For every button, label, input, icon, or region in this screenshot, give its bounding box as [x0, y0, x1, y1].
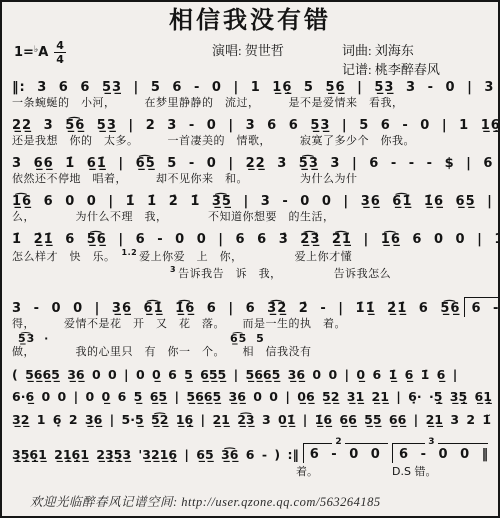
sheet-music-page: { "page": { "title": "相信我没有错", "footer":…: [0, 0, 500, 518]
music-system-3: 3 6̲6̲ 1̇ 6̲1̲̇ | 6̲͡5̲ 5 - 0 | 2̲2̲ 3 5…: [12, 156, 488, 187]
ending-lyrics-row: 着。 D.S 错。: [12, 463, 488, 479]
singer-name: 贺世哲: [245, 43, 284, 58]
lyrics-line: 一条蜿蜒的 小河， 在梦里静静的 流过， 是不是爱情来 看我，: [12, 96, 488, 111]
key-label: 1=: [14, 45, 34, 60]
singer-credit: 演唱: 贺世哲: [212, 40, 284, 59]
notator-label: 记谱:: [342, 62, 372, 77]
notator-name: 桃李醉春风: [375, 62, 440, 77]
ending-lyric: 着。: [296, 463, 392, 479]
alternate-notes: 6̲͡5 5: [230, 332, 265, 345]
music-system-10: 3̣̲5̣̲6̣̲1̲ 2̲1̣̲6̣̲1̲ 2̲3̣̲5̣̲3̲ '3̲2̲1…: [12, 435, 488, 479]
time-numerator: 4: [54, 40, 66, 53]
notation-line: 3 6̲6̲ 1̇ 6̲1̲̇ | 6̲͡5̲ 5 - 0 | 2̲2̲ 3 5…: [12, 156, 488, 172]
verse-marker-1-2: 1.2: [122, 248, 138, 257]
lyricist-label: 词曲:: [342, 43, 372, 58]
time-signature: 44: [54, 40, 66, 65]
key-signature: 1=♭A44: [14, 40, 66, 65]
music-system-6: 3 - 0 0 | 3̲6̲ 6̲͡1̲̇ 1̲̇͡6̲ 6 | 6 3̲̇͡2…: [12, 289, 488, 360]
verse-marker-3: 3: [170, 265, 176, 274]
lyric-text: 告诉我告 诉 我， 告诉我怎么: [178, 267, 391, 280]
ending-notes: 6 - 0 0: [310, 447, 381, 462]
lyric-text: 爱上你爱 上 你， 爱上你才懂: [139, 250, 352, 263]
ending-notes: 6 - 0 0 |: [471, 301, 500, 316]
lyrics-line-verse-3: 3告诉我告 诉 我， 告诉我怎么: [170, 265, 488, 282]
page-title: 相信我没有错: [12, 8, 488, 36]
second-ending-bracket: 26 - 0 0: [303, 443, 388, 463]
music-system-1: ‖: 3 6 6 5̲3̲ | 5 6 - 0 | 1 1̲6̣̲ 5 5̲6̲…: [12, 80, 488, 111]
music-system-7-interlude: ( 5̲6̲6̲5̲ 3̲6̲ 0 0 | 0 0̲ 6 5̲ 6̲5̲5̲ |…: [12, 367, 488, 383]
song-meta: 1=♭A44 演唱: 贺世哲 词曲: 刘海东 记谱: 桃李醉春风: [12, 38, 488, 76]
alternate-notes-row: 5̲͡3 · 6̲͡5 5: [12, 332, 488, 345]
first-ending-bracket: 16 - 0 0 |: [464, 297, 500, 317]
spacer: [12, 463, 296, 479]
lyrics-line-verses-1-2: 怎么样才 快 乐。 1.2爱上你爱 上 你， 爱上你才懂: [12, 248, 488, 265]
music-system-2: 2̲2̲ 3 5̲͡6̲ 5̲3̲ | 2 3 - 0 | 3 6 6 5̲3̲…: [12, 118, 488, 149]
notation-line: 3̣̲5̣̲6̣̲1̲ 2̲1̣̲6̣̲1̲ 2̲3̣̲5̣̲3̲ '3̲2̲1…: [12, 447, 299, 463]
lyrics-line: 得， 爱情不是花 开 又 花 落。 而是一生的执 着。: [12, 317, 488, 332]
music-system-9-interlude: 3̲2̲ 1 6̣ 2 3̲6̲ | 5·5̲ 5̲͡2̲ 1̲6̣̲ | 2̲…: [12, 412, 488, 428]
alternate-notes: 5̲͡3 ·: [18, 332, 49, 345]
notation-line: ‖: 3 6 6 5̲3̲ | 5 6 - 0 | 1 1̲6̣̲ 5 5̲6̲…: [12, 80, 488, 96]
ending-notes: 6 - 0 0 ‖: [399, 447, 489, 462]
notation-row: 3̣̲5̣̲6̣̲1̲ 2̲1̣̲6̣̲1̲ 2̲3̣̲5̣̲3̲ '3̲2̲1…: [12, 435, 488, 463]
ending-lyric-ds: D.S 错。: [392, 463, 488, 479]
notation-line: ( 5̲6̲6̲5̲ 3̲6̲ 0 0 | 0 0̲ 6 5̲ 6̲5̲5̲ |…: [12, 367, 488, 383]
time-denominator: 4: [54, 53, 66, 65]
notation-line: 3̲2̲ 1 6̣ 2 3̲6̲ | 5·5̲ 5̲͡2̲ 1̲6̣̲ | 2̲…: [12, 412, 488, 428]
music-system-5: 1̇ 2̲̇1̲̇ 6 5̲͡6̲ | 6 - 0 0 | 6 6 3̇ 2̲̇…: [12, 232, 488, 282]
notation-line: 2̲2̲ 3 5̲͡6̲ 5̲3̲ | 2 3 - 0 | 3 6 6 5̲3̲…: [12, 118, 488, 134]
ending-number: 2: [332, 437, 344, 448]
lyrics-line: 做， 我的心里只 有 你一 个。 相 信我没有: [12, 345, 488, 360]
lyrics-line: 依然还不停地 唱着， 却不见你来 和。 为什么为什: [12, 172, 488, 187]
lyricist-name: 刘海东: [375, 43, 414, 58]
singer-label: 演唱:: [212, 43, 242, 58]
notator-credit: 记谱: 桃李醉春风: [342, 59, 440, 78]
lyricist-credit: 词曲: 刘海东: [342, 40, 414, 59]
key-note: A: [38, 45, 48, 60]
notation-line: 6·6̲ 0 0 | 0 0̲ 6 5̲ 6̲5̲ | 5̲6̲6̲5̲ 3̲6…: [12, 389, 488, 405]
music-system-4: 1̲͡6̲ 6 0 0 | 1̇ 1̇ 2̇ 1̇ 3̲͡5̲ | 3 - 0 …: [12, 194, 488, 225]
ending-number: 3: [425, 437, 437, 448]
lyric-text: 怎么样才 快 乐。: [12, 250, 122, 263]
notation-row: 3 - 0 0 | 3̲6̲ 6̲͡1̲̇ 1̲̇͡6̲ 6 | 6 3̲̇͡2…: [12, 289, 488, 317]
notation-line: 1̇ 2̲̇1̲̇ 6 5̲͡6̲ | 6 - 0 0 | 6 6 3̇ 2̲̇…: [12, 232, 488, 248]
third-ending-bracket: 36 - 0 0 ‖: [392, 443, 488, 463]
footer-credit-url: 欢迎光临醉春风记谱空间: http://user.qzone.qq.com/56…: [12, 490, 488, 512]
lyrics-line: 还是我想 你的 太多。 一首凄美的 情歌， 寂寞了多少个 你我。: [12, 134, 488, 149]
lyrics-line: 么， 为什么不理 我， 不知道你想要 的生活，: [12, 210, 488, 225]
notation-line: 1̲͡6̲ 6 0 0 | 1̇ 1̇ 2̇ 1̇ 3̲͡5̲ | 3 - 0 …: [12, 194, 488, 210]
music-system-8-interlude: 6·6̲ 0 0 | 0 0̲ 6 5̲ 6̲5̲ | 5̲6̲6̲5̲ 3̲6…: [12, 389, 488, 405]
notation-line: 3 - 0 0 | 3̲6̲ 6̲͡1̲̇ 1̲̇͡6̲ 6 | 6 3̲̇͡2…: [12, 301, 460, 317]
